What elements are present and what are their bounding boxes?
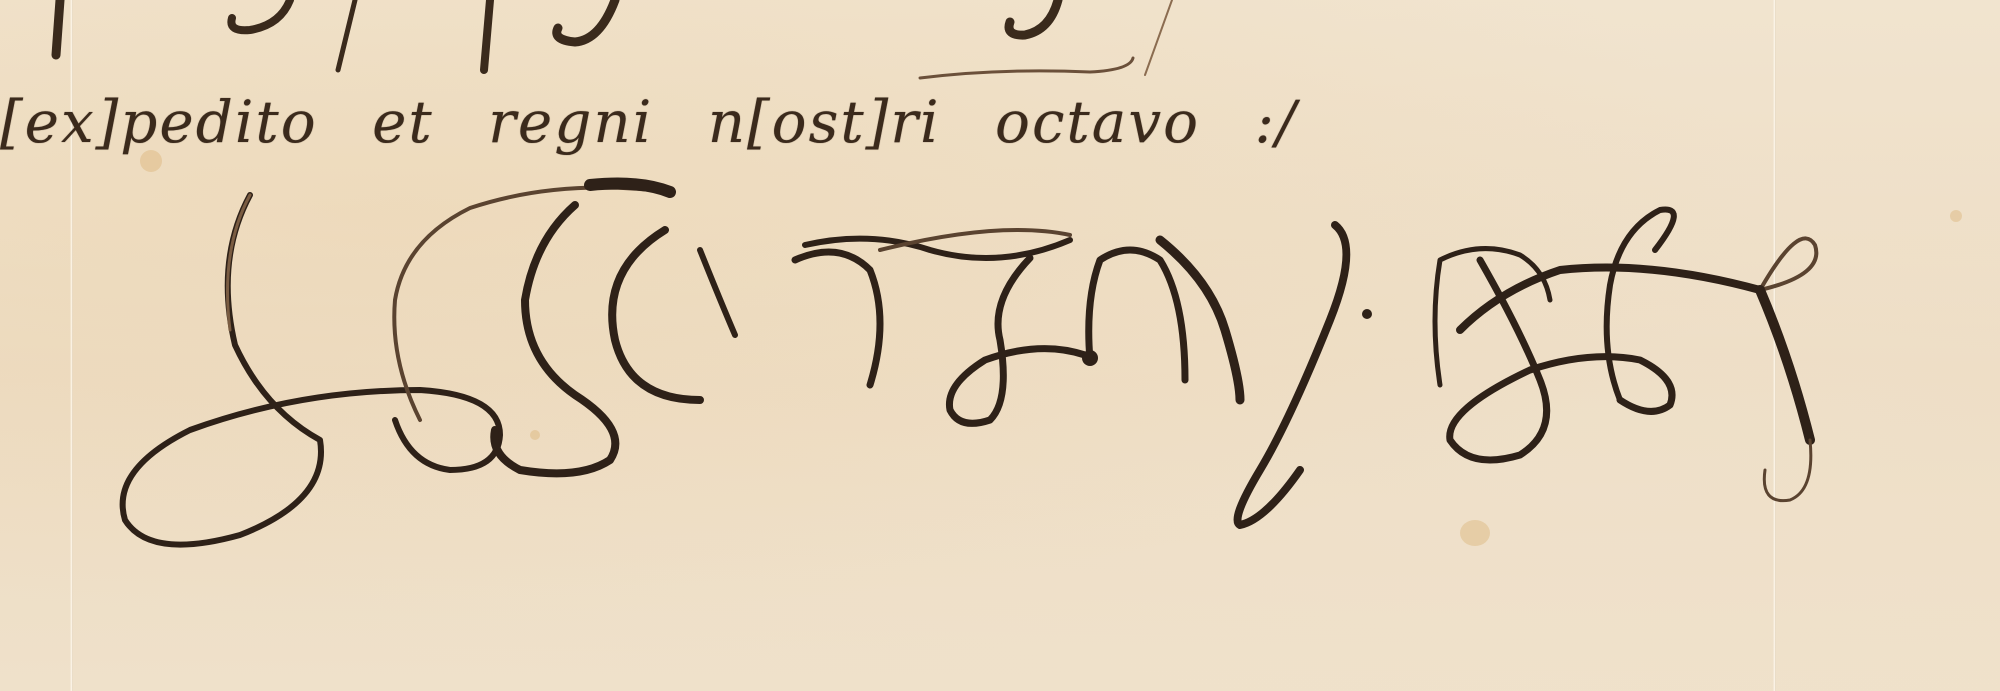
signature-paraph — [0, 0, 2000, 691]
manuscript-page: [ex]pedito et regni n[ost]ri octavo :/ — [0, 0, 2000, 691]
